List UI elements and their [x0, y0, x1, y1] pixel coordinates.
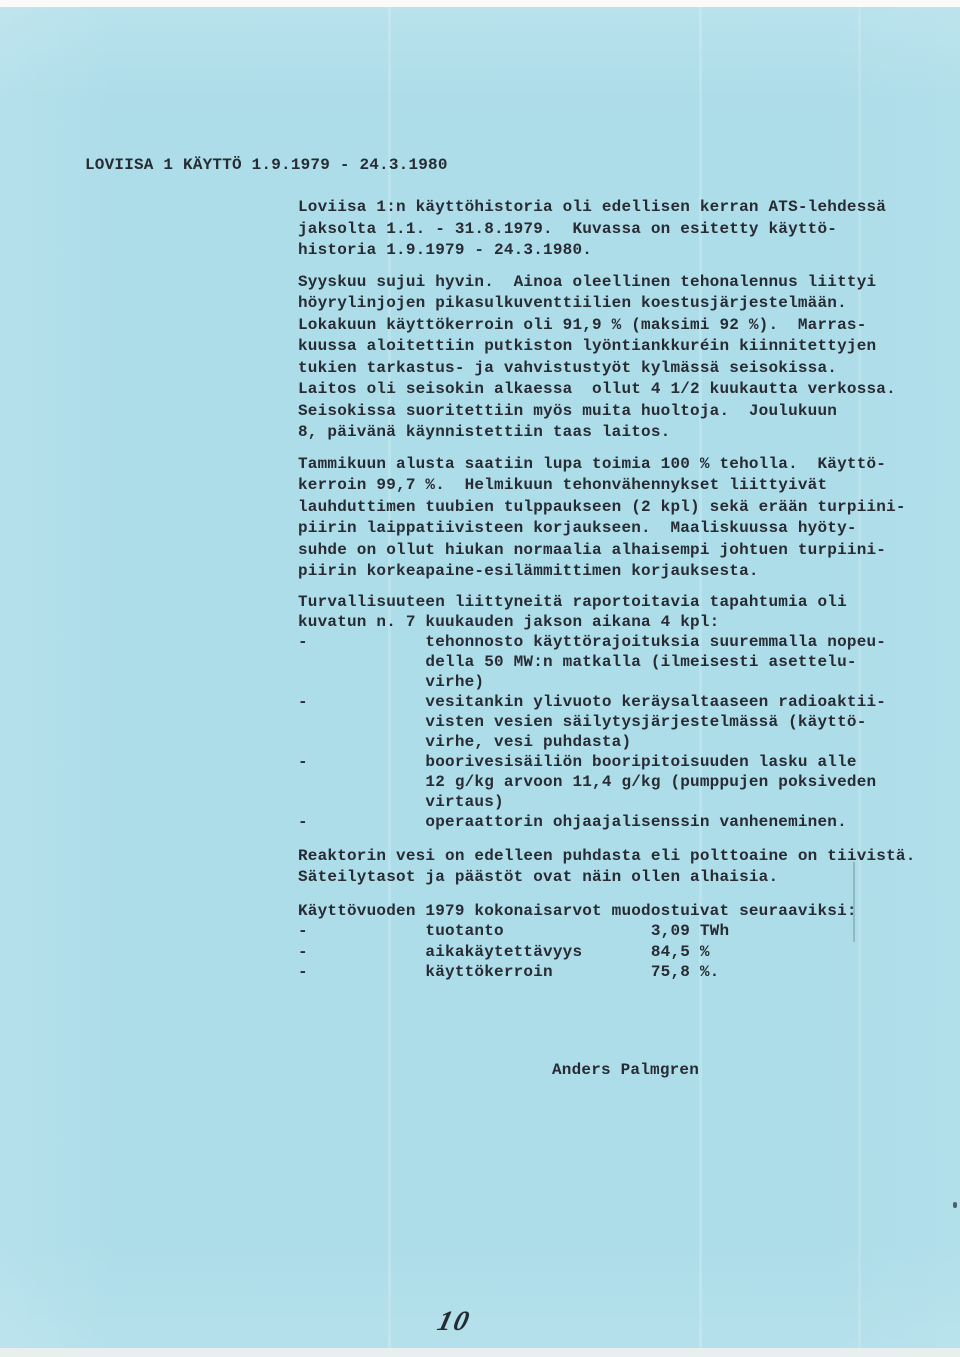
paragraph-outage: Laitos oli seisokin alkaessa ollut 4 1/2…	[298, 379, 938, 444]
scan-top-edge	[0, 0, 960, 7]
paragraph-annual-totals: Käyttövuoden 1979 kokonaisarvot muodostu…	[298, 901, 938, 983]
scan-bottom-edge	[0, 1348, 960, 1357]
paragraph-intro: Loviisa 1:n käyttöhistoria oli edellisen…	[298, 197, 938, 262]
paragraph-reactor-water: Reaktorin vesi on edelleen puhdasta eli …	[298, 846, 938, 888]
document-body: Loviisa 1:n käyttöhistoria oli edellisen…	[298, 197, 938, 983]
signature-name: Anders Palmgren	[552, 1059, 699, 1081]
scan-artifact-speck	[953, 1202, 957, 1208]
scanned-document-page: LOVIISA 1 KÄYTTÖ 1.9.1979 - 24.3.1980 Lo…	[0, 0, 960, 1357]
paragraph-safety-events: Turvallisuuteen liittyneitä raportoitavi…	[298, 592, 938, 832]
paragraph-spring-operation: Tammikuun alusta saatiin lupa toimia 100…	[298, 454, 938, 583]
document-title: LOVIISA 1 KÄYTTÖ 1.9.1979 - 24.3.1980	[85, 154, 448, 176]
paragraph-autumn-operation: Syyskuu sujui hyvin. Ainoa oleellinen te…	[298, 272, 938, 380]
